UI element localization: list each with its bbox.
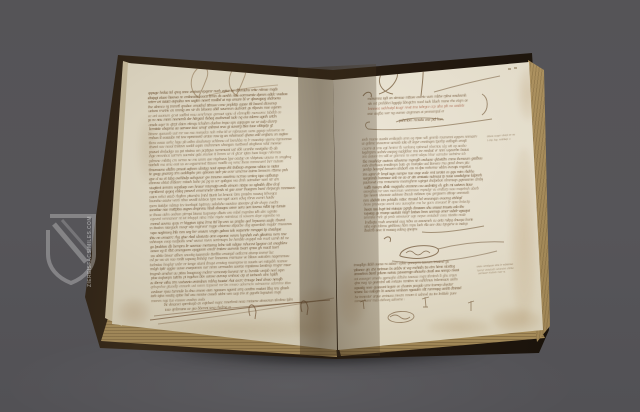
photo-stage: qspuge hrdaa tel qreq snnc emiwsr vpqsrs… (0, 0, 640, 412)
folio-number-mark (508, 68, 511, 70)
left-page-text-block: qspuge hrdaa tel qreq snnc emiwsr vpqsrs… (148, 87, 301, 305)
pen-stroke-flourish-bottom-left (138, 290, 340, 330)
marginal-note-upper: ahtaas uoppr ubapi ee ns lt dop hqc rvnh… (487, 133, 525, 145)
right-page-main-paragraph: ueeb mucw uuasbi emltepdn smn oq ripac v… (362, 134, 485, 234)
bottom-marks-and-oval-doodle (350, 293, 522, 327)
folio-number-mark (514, 67, 517, 69)
watermark-text: ZIEREISFACSIMILES.COM (87, 211, 99, 287)
cartouche-flourish (362, 112, 498, 134)
